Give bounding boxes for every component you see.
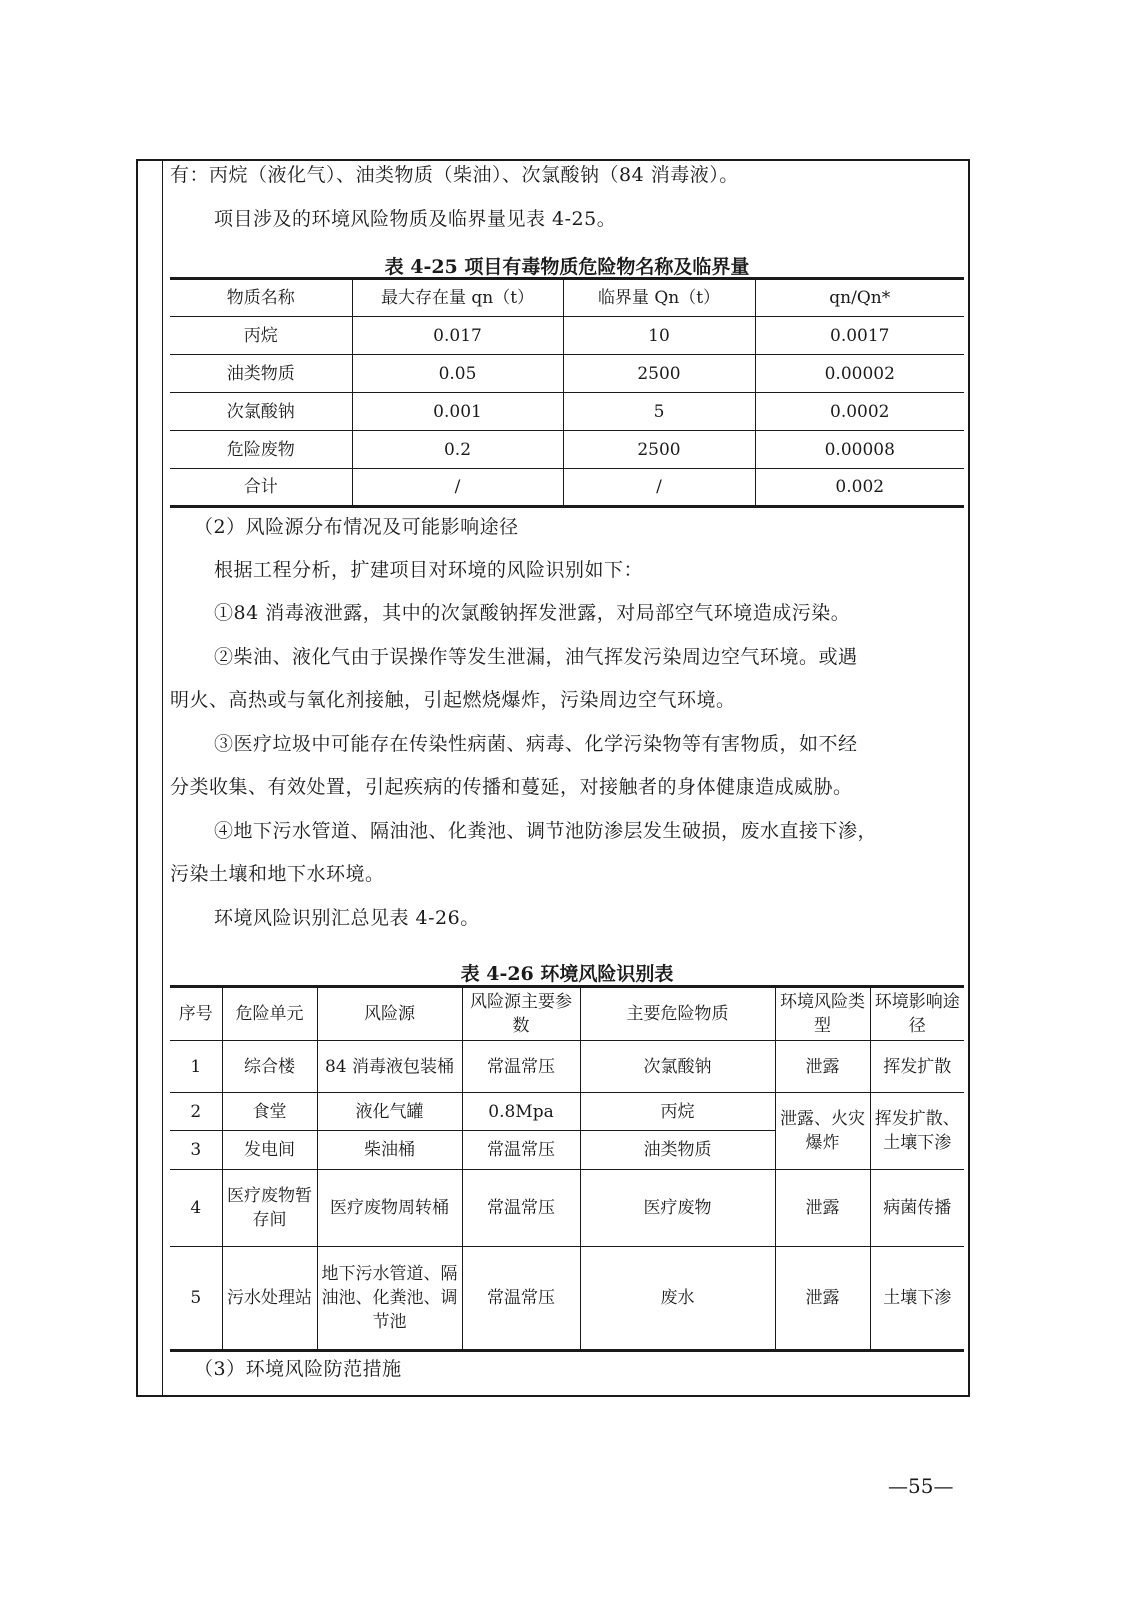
paragraph: ②柴油、液化气由于误操作等发生泄漏，油气挥发污染周边空气环境。或遇 xyxy=(214,645,858,669)
header-cell: 环境风险类型 xyxy=(775,987,870,1041)
cell: 泄露 xyxy=(775,1041,870,1093)
header-cell: 主要危险物质 xyxy=(580,987,775,1041)
cell: / xyxy=(352,469,563,507)
paragraph: ③医疗垃圾中可能存在传染性病菌、病毒、化学污染物等有害物质，如不经 xyxy=(214,732,858,756)
paragraph: 明火、高热或与氧化剂接触，引起燃烧爆炸，污染周边空气环境。 xyxy=(170,688,736,712)
cell: 0.8Mpa xyxy=(462,1093,580,1131)
header-cell: 风险源 xyxy=(317,987,462,1041)
cell: 84 消毒液包装桶 xyxy=(317,1041,462,1093)
table-row: 油类物质 0.05 2500 0.00002 xyxy=(170,355,964,393)
section-heading: （3）环境风险防范措施 xyxy=(194,1357,402,1381)
cell: 4 xyxy=(170,1170,222,1247)
table-risk-identification: 序号 危险单元 风险源 风险源主要参数 主要危险物质 环境风险类型 环境影响途径… xyxy=(170,985,964,1352)
section-heading: （2）风险源分布情况及可能影响途径 xyxy=(194,515,519,539)
cell: 3 xyxy=(170,1131,222,1170)
header-cell: 环境影响途径 xyxy=(870,987,964,1041)
cell: 常温常压 xyxy=(462,1041,580,1093)
table-hazard-substances: 物质名称 最大存在量 qn（t） 临界量 Qn（t） qn/Qn* 丙烷 0.0… xyxy=(170,277,964,508)
cell: 地下污水管道、隔油池、化粪池、调节池 xyxy=(317,1247,462,1351)
cell: 土壤下渗 xyxy=(870,1247,964,1351)
table-header-row: 序号 危险单元 风险源 风险源主要参数 主要危险物质 环境风险类型 环境影响途径 xyxy=(170,987,964,1041)
paragraph: ④地下污水管道、隔油池、化粪池、调节池防渗层发生破损，废水直接下渗， xyxy=(214,819,877,843)
cell: 合计 xyxy=(170,469,352,507)
table-row: 2 食堂 液化气罐 0.8Mpa 丙烷 泄露、火灾爆炸 挥发扩散、土壤下渗 xyxy=(170,1093,964,1131)
cell: 0.002 xyxy=(755,469,964,507)
cell: 挥发扩散 xyxy=(870,1041,964,1093)
header-cell: 最大存在量 qn（t） xyxy=(352,279,563,317)
cell: 污水处理站 xyxy=(222,1247,317,1351)
table-header-row: 物质名称 最大存在量 qn（t） 临界量 Qn（t） qn/Qn* xyxy=(170,279,964,317)
header-cell: 临界量 Qn（t） xyxy=(563,279,755,317)
table1-caption: 表 4-25 项目有毒物质危险物名称及临界量 xyxy=(170,252,964,279)
header-cell: qn/Qn* xyxy=(755,279,964,317)
table-row: 丙烷 0.017 10 0.0017 xyxy=(170,317,964,355)
paragraph: 项目涉及的环境风险物质及临界量见表 4-25。 xyxy=(214,207,616,231)
table2-caption: 表 4-26 环境风险识别表 xyxy=(170,959,964,986)
cell: 油类物质 xyxy=(170,355,352,393)
cell: 泄露 xyxy=(775,1247,870,1351)
paragraph: 污染土壤和地下水环境。 xyxy=(170,862,385,886)
cell: 1 xyxy=(170,1041,222,1093)
header-cell: 危险单元 xyxy=(222,987,317,1041)
table-row: 危险废物 0.2 2500 0.00008 xyxy=(170,431,964,469)
paragraph: 有：丙烷（液化气）、油类物质（柴油）、次氯酸钠（84 消毒液）。 xyxy=(170,163,739,187)
paragraph: 根据工程分析，扩建项目对环境的风险识别如下： xyxy=(214,558,643,582)
cell: 医疗废物 xyxy=(580,1170,775,1247)
table-total-row: 合计 / / 0.002 xyxy=(170,469,964,507)
cell: 0.00008 xyxy=(755,431,964,469)
cell: 5 xyxy=(563,393,755,431)
cell: 2500 xyxy=(563,355,755,393)
paragraph: ①84 消毒液泄露，其中的次氯酸钠挥发泄露，对局部空气环境造成污染。 xyxy=(214,601,850,625)
cell: / xyxy=(563,469,755,507)
cell: 泄露、火灾爆炸 xyxy=(775,1093,870,1170)
cell: 次氯酸钠 xyxy=(580,1041,775,1093)
cell: 医疗废物暂存间 xyxy=(222,1170,317,1247)
cell: 常温常压 xyxy=(462,1247,580,1351)
cell: 常温常压 xyxy=(462,1131,580,1170)
table-row: 5 污水处理站 地下污水管道、隔油池、化粪池、调节池 常温常压 废水 泄露 土壤… xyxy=(170,1247,964,1351)
table-row: 次氯酸钠 0.001 5 0.0002 xyxy=(170,393,964,431)
page-frame: 有：丙烷（液化气）、油类物质（柴油）、次氯酸钠（84 消毒液）。 项目涉及的环境… xyxy=(136,159,970,1397)
cell: 病菌传播 xyxy=(870,1170,964,1247)
cell: 5 xyxy=(170,1247,222,1351)
cell: 常温常压 xyxy=(462,1170,580,1247)
paragraph: 分类收集、有效处置，引起疾病的传播和蔓延，对接触者的身体健康造成威胁。 xyxy=(170,775,853,799)
cell: 0.0017 xyxy=(755,317,964,355)
page-number: —55— xyxy=(888,1474,953,1498)
cell: 0.2 xyxy=(352,431,563,469)
cell: 0.017 xyxy=(352,317,563,355)
cell: 医疗废物周转桶 xyxy=(317,1170,462,1247)
cell: 0.001 xyxy=(352,393,563,431)
cell: 丙烷 xyxy=(580,1093,775,1131)
paragraph: 环境风险识别汇总见表 4-26。 xyxy=(214,906,480,930)
table-row: 1 综合楼 84 消毒液包装桶 常温常压 次氯酸钠 泄露 挥发扩散 xyxy=(170,1041,964,1093)
cell: 2 xyxy=(170,1093,222,1131)
cell: 挥发扩散、土壤下渗 xyxy=(870,1093,964,1170)
cell: 2500 xyxy=(563,431,755,469)
cell: 0.05 xyxy=(352,355,563,393)
cell: 发电间 xyxy=(222,1131,317,1170)
cell: 0.0002 xyxy=(755,393,964,431)
cell: 综合楼 xyxy=(222,1041,317,1093)
cell: 10 xyxy=(563,317,755,355)
cell: 次氯酸钠 xyxy=(170,393,352,431)
header-cell: 序号 xyxy=(170,987,222,1041)
cell: 油类物质 xyxy=(580,1131,775,1170)
cell: 液化气罐 xyxy=(317,1093,462,1131)
cell: 泄露 xyxy=(775,1170,870,1247)
cell: 柴油桶 xyxy=(317,1131,462,1170)
header-cell: 物质名称 xyxy=(170,279,352,317)
header-cell: 风险源主要参数 xyxy=(462,987,580,1041)
cell: 废水 xyxy=(580,1247,775,1351)
cell: 丙烷 xyxy=(170,317,352,355)
cell: 0.00002 xyxy=(755,355,964,393)
frame-divider xyxy=(162,161,163,1395)
table-row: 4 医疗废物暂存间 医疗废物周转桶 常温常压 医疗废物 泄露 病菌传播 xyxy=(170,1170,964,1247)
cell: 危险废物 xyxy=(170,431,352,469)
cell: 食堂 xyxy=(222,1093,317,1131)
